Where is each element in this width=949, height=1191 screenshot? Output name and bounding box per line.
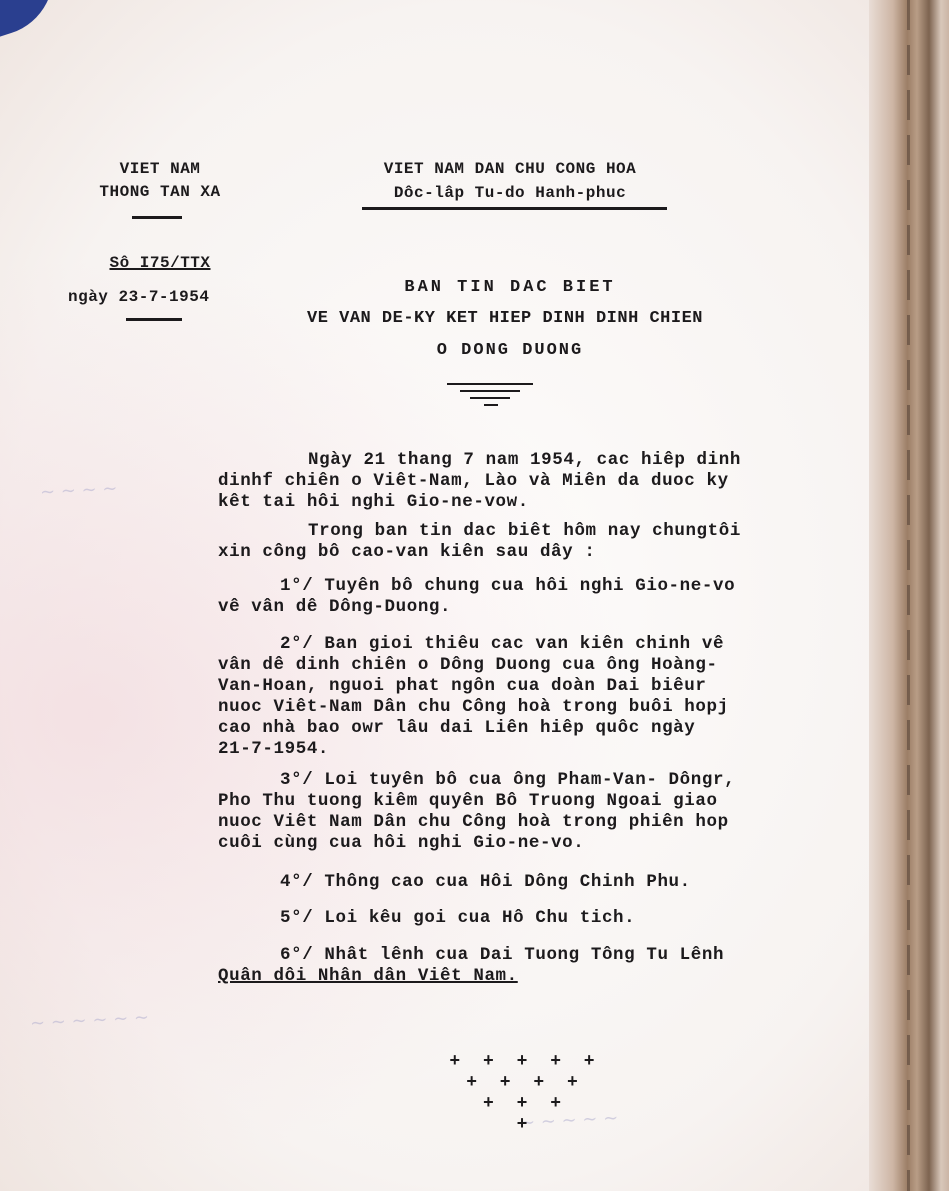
- end-mark-row: +: [440, 1115, 610, 1135]
- body-line: vê vân dê Dông-Duong.: [218, 597, 451, 617]
- body-line: Van-Hoan, nguoi phat ngôn cua doàn Dai b…: [218, 676, 706, 696]
- end-mark-row: + + + + +: [440, 1052, 610, 1072]
- end-mark-row: + + +: [440, 1094, 610, 1114]
- title-ornament: [460, 390, 520, 392]
- document-number: Sô I75/TTX: [80, 254, 240, 272]
- motto-underline: [362, 207, 667, 210]
- bleed-through-handwriting: ~ ~ ~ ~ ~ ~: [30, 1007, 150, 1034]
- title-ornament: [470, 397, 510, 399]
- title-ornament: [484, 404, 498, 406]
- body-line: Quân dôi Nhân dân Viêt Nam.: [218, 966, 518, 986]
- scanned-document-page: ~ ~ ~ ~ ~ ~ ~ ~ ~ ~ ~ ~ ~ ~ ~ VIET NAM T…: [0, 0, 949, 1191]
- list-item-6: 6°/ Nhât lênh cua Dai Tuong Tông Tu Lênh: [218, 945, 724, 965]
- list-item-3: 3°/ Loi tuyên bô cua ông Pham-Van- Dôngr…: [218, 770, 735, 790]
- body-line: nuoc Viêt Nam Dân chu Công hoà trong phi…: [218, 812, 729, 832]
- list-item-1: 1°/ Tuyên bô chung cua hôi nghi Gio-ne-v…: [218, 576, 735, 596]
- header-left-divider: [132, 216, 182, 219]
- end-mark-row: + + + +: [440, 1073, 610, 1093]
- bulletin-title-line1: BAN TIN DAC BIET: [280, 278, 740, 297]
- bulletin-title-line3: O DONG DUONG: [280, 341, 740, 360]
- document-date: ngày 23-7-1954: [68, 288, 209, 306]
- list-item-4: 4°/ Thông cao cua Hôi Dông Chinh Phu.: [218, 872, 691, 892]
- list-item-5: 5°/ Loi kêu goi cua Hô Chu tich.: [218, 908, 635, 928]
- body-line: vân dê dinh chiên o Dông Duong cua ông H…: [218, 655, 718, 675]
- body-line: nuoc Viêt-Nam Dân chu Công hoà trong buô…: [218, 697, 729, 717]
- body-line: 21-7-1954.: [218, 739, 329, 759]
- body-line: cao nhà bao owr lâu dai Liên hiêp quôc n…: [218, 718, 695, 738]
- bulletin-title-line2: VE VAN DE-KY KET HIEP DINH DINH CHIEN: [270, 309, 740, 328]
- body-line: cuôi cùng cua hôi nghi Gio-ne-vo.: [218, 833, 584, 853]
- state-name: VIET NAM DAN CHU CONG HOA: [340, 160, 680, 178]
- body-line: dinhf chiên o Viêt-Nam, Lào và Miên da d…: [218, 471, 729, 491]
- body-line: Ngày 21 thang 7 nam 1954, cac hiêp dinh: [218, 450, 741, 470]
- bleed-through-handwriting: ~ ~ ~ ~: [40, 478, 118, 503]
- body-line: kêt tai hôi nghi Gio-ne-vow.: [218, 492, 529, 512]
- blue-cloth-corner: [0, 0, 69, 42]
- agency-name-line1: VIET NAM: [80, 160, 240, 178]
- date-underline: [126, 318, 182, 321]
- list-item-2: 2°/ Ban gioi thiêu cac van kiên chinh vê: [218, 634, 724, 654]
- book-binding-edge: [869, 0, 949, 1191]
- state-motto: Dôc-lâp Tu-do Hanh-phuc: [340, 184, 680, 202]
- agency-name-line2: THONG TAN XA: [80, 183, 240, 201]
- title-ornament: [447, 383, 533, 385]
- body-line: Trong ban tin dac biêt hôm nay chungtôi: [218, 521, 741, 541]
- body-line: Pho Thu tuong kiêm quyên Bô Truong Ngoai…: [218, 791, 718, 811]
- body-line: xin công bô cao-van kiên sau dây :: [218, 542, 595, 562]
